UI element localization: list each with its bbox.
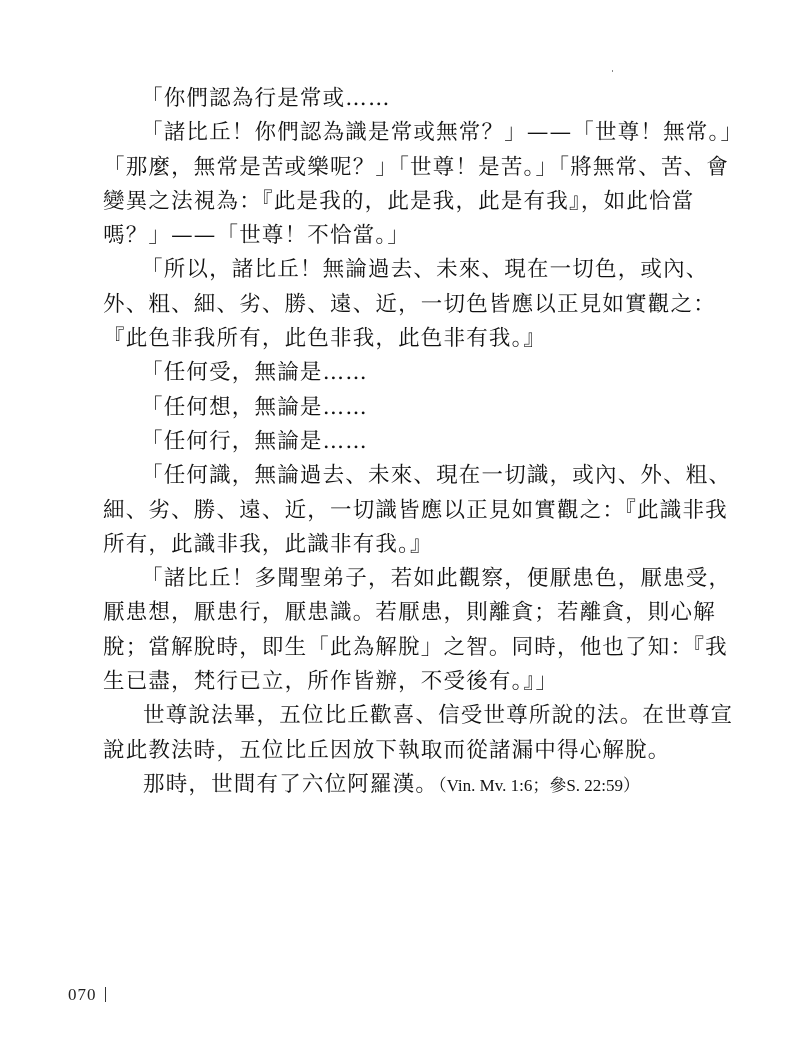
folio-divider bbox=[105, 987, 106, 1002]
text-line: 「諸比丘！你們認為識是常或無常？」——「世尊！無常。」 bbox=[103, 116, 709, 150]
text-line: 「任何受，無論是…… bbox=[103, 356, 709, 390]
text-line: 「你們認為行是常或…… bbox=[103, 82, 709, 116]
book-page: 「你們認為行是常或…… 「諸比丘！你們認為識是常或無常？」——「世尊！無常。」 … bbox=[0, 0, 792, 1056]
text-line-content: 那時，世間有了六位阿羅漢。 bbox=[143, 772, 438, 797]
text-line: 說此教法時，五位比丘因放下執取而從諸漏中得心解脫。 bbox=[103, 734, 709, 768]
text-line: 「任何行，無論是…… bbox=[103, 425, 709, 459]
page-number: 070 bbox=[68, 985, 106, 1005]
text-line: 那時，世間有了六位阿羅漢。（Vin. Mv. 1:6；參S. 22:59） bbox=[103, 768, 709, 802]
text-line: 世尊說法畢，五位比丘歡喜、信受世尊所說的法。在世尊宣 bbox=[103, 699, 709, 733]
text-line: 「所以，諸比丘！無論過去、未來、現在一切色，或內、 bbox=[103, 253, 709, 287]
text-line: 厭患想，厭患行，厭患識。若厭患，則離貪；若離貪，則心解 bbox=[103, 596, 709, 630]
scan-artifact bbox=[612, 70, 613, 72]
text-line: 「那麼，無常是苦或樂呢？」「世尊！是苦。」「將無常、苦、會 bbox=[103, 151, 709, 185]
text-line: 外、粗、細、劣、勝、遠、近，一切色皆應以正見如實觀之： bbox=[103, 288, 709, 322]
text-line: 細、劣、勝、遠、近，一切識皆應以正見如實觀之：『此識非我 bbox=[103, 494, 709, 528]
text-line: 「任何識，無論過去、未來、現在一切識，或內、外、粗、 bbox=[103, 459, 709, 493]
text-line: 「任何想，無論是…… bbox=[103, 391, 709, 425]
text-line: 生已盡，梵行已立，所作皆辦，不受後有。』」 bbox=[103, 665, 709, 699]
text-line: 脫；當解脫時，即生「此為解脫」之智。同時，他也了知：『我 bbox=[103, 631, 709, 665]
text-line: 所有，此識非我，此識非有我。』 bbox=[103, 528, 709, 562]
page-number-text: 070 bbox=[68, 985, 97, 1004]
text-line: 「諸比丘！多聞聖弟子，若如此觀察，便厭患色，厭患受， bbox=[103, 562, 709, 596]
body-text: 「你們認為行是常或…… 「諸比丘！你們認為識是常或無常？」——「世尊！無常。」 … bbox=[103, 82, 709, 802]
text-line: 『此色非我所有，此色非我，此色非有我。』 bbox=[103, 322, 709, 356]
text-line: 變異之法視為：『此是我的，此是我，此是有我』，如此恰當 bbox=[103, 185, 709, 219]
citation-reference: （Vin. Mv. 1:6；參S. 22:59） bbox=[438, 776, 640, 795]
text-line: 嗎？」——「世尊！不恰當。」 bbox=[103, 219, 709, 253]
